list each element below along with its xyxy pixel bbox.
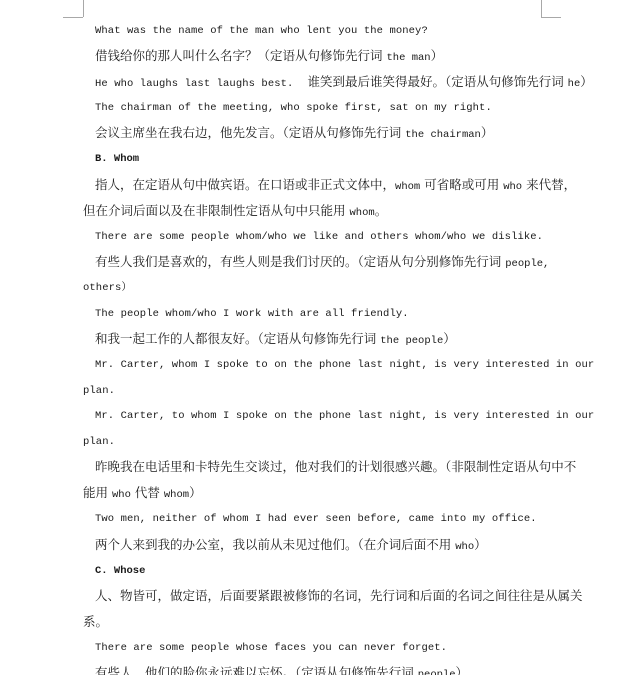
example-translation-zh: 昨晚我在电话里和卡特先生交谈过，他对我们的计划很感兴趣。（非限制性定语从句中不 xyxy=(95,459,576,475)
explanation-paragraph: 人、物皆可，做定语，后面要紧跟被修饰的名词，先行词和后面的名词之间往往是从属关 xyxy=(95,588,583,604)
example-sentence-cont: plan. xyxy=(83,434,115,450)
example-translation-zh: 有些人，他们的脸你永远难以忘怀。（定语从句修饰先行词 people） xyxy=(95,665,468,675)
example-sentence-en: Two men, neither of whom I had ever seen… xyxy=(95,511,537,527)
section-heading-whose: C. Whose xyxy=(95,563,145,579)
example-sentence-en: There are some people whose faces you ca… xyxy=(95,640,447,656)
example-sentence-en: What was the name of the man who lent yo… xyxy=(95,23,428,39)
example-sentence-en: There are some people whom/who we like a… xyxy=(95,229,543,245)
explanation-paragraph: 指人，在定语从句中做宾语。在口语或非正式文体中，whom 可省略或可用 who … xyxy=(95,177,576,195)
example-translation-zh: 和我一起工作的人都很友好。（定语从句修饰先行词 the people） xyxy=(95,331,456,349)
explanation-paragraph-cont: 但在介词后面以及在非限制性定语从句中只能用 whom。 xyxy=(83,203,387,221)
example-translation-zh: 两个人来到我的办公室，我以前从未见过他们。（在介词后面不用 who） xyxy=(95,537,487,555)
example-sentence-mixed: He who laughs last laughs best.谁笑到最后谁笑得最… xyxy=(95,74,593,92)
page-corner-mark-top-left xyxy=(63,17,83,18)
example-sentence-cont: plan. xyxy=(83,383,115,399)
page-corner-mark-top-left xyxy=(83,0,84,17)
example-sentence-en: Mr. Carter, whom I spoke to on the phone… xyxy=(95,357,594,373)
section-heading-whom: B. Whom xyxy=(95,151,139,167)
explanation-paragraph-cont: 系。 xyxy=(83,614,108,630)
example-translation-zh: 有些人我们是喜欢的，有些人则是我们讨厌的。（定语从句分别修饰先行词 people… xyxy=(95,254,549,272)
example-translation-zh: 借钱给你的那人叫什么名字？（定语从句修饰先行词 the man） xyxy=(95,48,443,66)
page-corner-mark-top-right xyxy=(541,17,561,18)
example-translation-cont: others） xyxy=(83,280,132,296)
example-sentence-en: The people whom/who I work with are all … xyxy=(95,306,409,322)
example-translation-cont: 能用 who 代替 whom） xyxy=(83,485,202,503)
page-corner-mark-top-right xyxy=(541,0,542,17)
example-sentence-en: Mr. Carter, to whom I spoke on the phone… xyxy=(95,408,594,424)
example-translation-zh: 会议主席坐在我右边，他先发言。（定语从句修饰先行词 the chairman） xyxy=(95,125,493,143)
example-sentence-en: The chairman of the meeting, who spoke f… xyxy=(95,100,492,116)
